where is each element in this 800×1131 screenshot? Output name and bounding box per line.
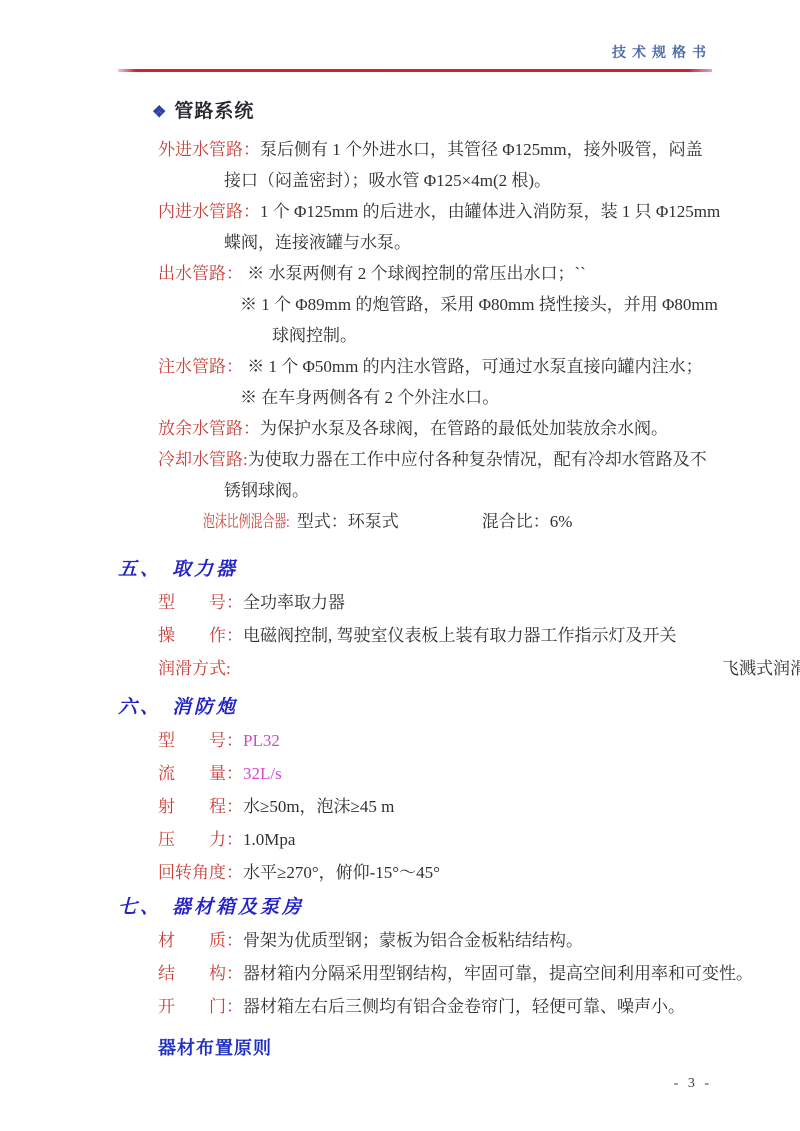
section-number: 七、 bbox=[118, 897, 162, 918]
section-equipment-rows: 材 质：骨架为优质型钢；蒙板为铝合金板粘结结构。 结 构：器材箱内分隔采用型钢结… bbox=[158, 924, 712, 1023]
diamond-bullet-icon: ❖ bbox=[152, 104, 167, 121]
piping-section-title: ❖管路系统 bbox=[152, 99, 712, 126]
spec-label: 开 门： bbox=[158, 997, 243, 1016]
spec-label: 回转角度： bbox=[158, 863, 243, 882]
spec-value: 全功率取力器 bbox=[243, 593, 345, 612]
foam-mixer-type: 型式：环泵式 bbox=[297, 512, 399, 531]
piping-row-cooling: 冷却水管路:为使取力器在工作中应付各种复杂情况，配有冷却水管路及不 锈钢球阀。 bbox=[158, 444, 712, 506]
document-page: 技术规格书 ❖管路系统 外进水管路：泵后侧有 1 个外进水口，其管径 Φ125m… bbox=[0, 0, 800, 1131]
section-title-text: 消防炮 bbox=[172, 697, 238, 718]
spec-value: 器材箱左右后三侧均有铝合金卷帘门，轻便可靠、噪声小。 bbox=[243, 997, 685, 1016]
spec-label: 压 力： bbox=[158, 830, 243, 849]
section-pto-title: 五、取力器 bbox=[118, 553, 712, 586]
piping-row-filling: 注水管路： ※ 1 个 Φ50mm 的内注水管路，可通过水泵直接向罐内注水； ※… bbox=[158, 351, 712, 413]
section-monitor-title: 六、消防炮 bbox=[118, 691, 712, 724]
equipment-arrangement-subheading: 器材布置原则 bbox=[158, 1033, 712, 1064]
spec-row: 流 量：32L/s bbox=[158, 757, 712, 790]
section-number: 五、 bbox=[118, 559, 162, 580]
spec-row: 压 力：1.0Mpa bbox=[158, 823, 712, 856]
piping-row-text: 锈钢球阀。 bbox=[158, 475, 712, 506]
spec-value: 电磁阀控制, 驾驶室仪表板上装有取力器工作指示灯及开关 bbox=[243, 626, 677, 645]
piping-row-label: 放余水管路： bbox=[158, 419, 260, 438]
piping-title-text: 管路系统 bbox=[174, 101, 254, 122]
piping-rows: 外进水管路：泵后侧有 1 个外进水口，其管径 Φ125mm，接外吸管，闷盖 接口… bbox=[158, 134, 712, 537]
section-title-text: 取力器 bbox=[172, 559, 238, 580]
foam-mixer-label: 泡沫比例混合器: bbox=[203, 506, 290, 537]
spec-label: 射 程： bbox=[158, 797, 243, 816]
piping-row-drain: 放余水管路：为保护水泵及各球阀，在管路的最低处加装放余水阀。 bbox=[158, 413, 712, 444]
section-pto-rows: 型 号：全功率取力器 操 作：电磁阀控制, 驾驶室仪表板上装有取力器工作指示灯及… bbox=[158, 586, 712, 685]
section-equipment-title: 七、器材箱及泵房 bbox=[118, 891, 712, 924]
piping-row-text: 为使取力器在工作中应付各种复杂情况，配有冷却水管路及不 bbox=[248, 450, 707, 469]
spec-label: 型 号： bbox=[158, 731, 243, 750]
page-content: 技术规格书 ❖管路系统 外进水管路：泵后侧有 1 个外进水口，其管径 Φ125m… bbox=[0, 0, 800, 1064]
spec-row: 结 构：器材箱内分隔采用型钢结构，牢固可靠，提高空间利用率和可变性。 bbox=[158, 957, 712, 990]
piping-row-text: ※ 水泵两侧有 2 个球阀控制的常压出水口；`` bbox=[247, 264, 586, 283]
piping-row-text: 接口（闷盖密封）；吸水管 Φ125×4m(2 根)。 bbox=[158, 165, 712, 196]
section-monitor-rows: 型 号：PL32 流 量：32L/s 射 程：水≥50m，泡沫≥45 m 压 力… bbox=[158, 724, 712, 889]
piping-row-text: ※ 1 个 Φ89mm 的炮管路，采用 Φ80mm 挠性接头，并用 Φ80mm bbox=[158, 289, 712, 320]
spec-row: 开 门：器材箱左右后三侧均有铝合金卷帘门，轻便可靠、噪声小。 bbox=[158, 990, 712, 1023]
piping-row-internal-inlet: 内进水管路：1 个 Φ125mm 的后进水，由罐体进入消防泵，装 1 只 Φ12… bbox=[158, 196, 712, 258]
piping-row-text: ※ 1 个 Φ50mm 的内注水管路，可通过水泵直接向罐内注水； bbox=[247, 357, 702, 376]
spec-label: 润滑方式: bbox=[158, 659, 231, 678]
foam-mixer-row: 泡沫比例混合器:型式：环泵式混合比：6% bbox=[203, 506, 712, 537]
spec-value: PL32 bbox=[243, 731, 280, 750]
spec-value: 器材箱内分隔采用型钢结构，牢固可靠，提高空间利用率和可变性。 bbox=[243, 964, 753, 983]
spec-row-lubrication: 润滑方式:飞溅式润滑 bbox=[158, 652, 712, 685]
spec-value: 水≥50m，泡沫≥45 m bbox=[243, 797, 394, 816]
spec-row: 回转角度：水平≥270°，俯仰-15°～45° bbox=[158, 856, 712, 889]
piping-row-text: 泵后侧有 1 个外进水口，其管径 Φ125mm，接外吸管，闷盖 bbox=[260, 140, 703, 159]
spec-row: 射 程：水≥50m，泡沫≥45 m bbox=[158, 790, 712, 823]
spec-row: 型 号：PL32 bbox=[158, 724, 712, 757]
piping-row-text: 为保护水泵及各球阀，在管路的最低处加装放余水阀。 bbox=[260, 419, 668, 438]
header-rule bbox=[118, 69, 712, 72]
spec-value: 32L/s bbox=[243, 764, 282, 783]
spec-label: 材 质： bbox=[158, 931, 243, 950]
page-number: - 3 - bbox=[674, 1076, 712, 1092]
spec-label: 操 作： bbox=[158, 626, 243, 645]
spec-label: 型 号： bbox=[158, 593, 243, 612]
spec-row: 材 质：骨架为优质型钢；蒙板为铝合金板粘结结构。 bbox=[158, 924, 712, 957]
piping-row-label: 冷却水管路: bbox=[158, 450, 248, 469]
piping-row-text: 球阀控制。 bbox=[158, 320, 712, 351]
spec-label: 流 量： bbox=[158, 764, 243, 783]
foam-mixer-ratio: 混合比：6% bbox=[482, 512, 573, 531]
spec-label: 结 构： bbox=[158, 964, 243, 983]
section-title-text: 器材箱及泵房 bbox=[172, 897, 304, 918]
piping-row-label: 出水管路： bbox=[158, 264, 243, 283]
piping-row-label: 外进水管路： bbox=[158, 140, 260, 159]
spec-value: 水平≥270°，俯仰-15°～45° bbox=[243, 863, 440, 882]
piping-row-text: 蝶阀，连接液罐与水泵。 bbox=[158, 227, 712, 258]
piping-row-outlet: 出水管路： ※ 水泵两侧有 2 个球阀控制的常压出水口；`` ※ 1 个 Φ89… bbox=[158, 258, 712, 351]
section-number: 六、 bbox=[118, 697, 162, 718]
piping-row-label: 注水管路： bbox=[158, 357, 243, 376]
piping-row-label: 内进水管路： bbox=[158, 202, 260, 221]
header-title: 技术规格书 bbox=[118, 0, 712, 62]
spec-value: 1.0Mpa bbox=[243, 830, 295, 849]
spec-value: 骨架为优质型钢；蒙板为铝合金板粘结结构。 bbox=[243, 931, 583, 950]
spec-row: 操 作：电磁阀控制, 驾驶室仪表板上装有取力器工作指示灯及开关 bbox=[158, 619, 712, 652]
piping-row-external-inlet: 外进水管路：泵后侧有 1 个外进水口，其管径 Φ125mm，接外吸管，闷盖 接口… bbox=[158, 134, 712, 196]
piping-row-text: ※ 在车身两侧各有 2 个外注水口。 bbox=[158, 382, 712, 413]
spec-row: 型 号：全功率取力器 bbox=[158, 586, 712, 619]
lubrication-value: 飞溅式润滑 bbox=[722, 652, 800, 685]
piping-row-text: 1 个 Φ125mm 的后进水，由罐体进入消防泵，装 1 只 Φ125mm bbox=[260, 202, 720, 221]
